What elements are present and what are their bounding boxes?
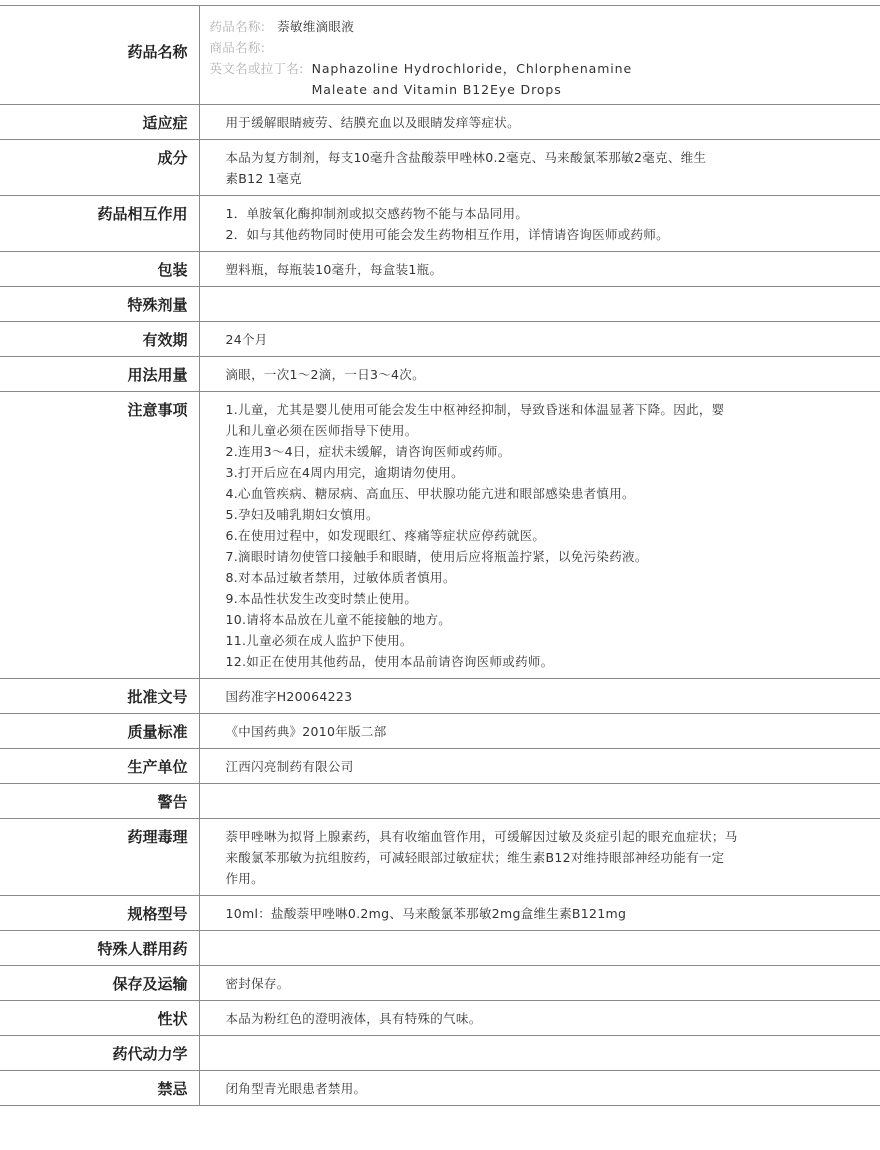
row-label: 质量标准 [0, 714, 199, 749]
row-label: 有效期 [0, 322, 199, 357]
row-label: 药理毒理 [0, 819, 199, 896]
spec-row: 特殊人群用药 [0, 931, 880, 966]
value-line: 2.连用3～4日，症状未缓解，请咨询医师或药师。 [226, 441, 871, 462]
value-line: 滴眼，一次1～2滴，一日3～4次。 [226, 364, 871, 385]
spec-row: 成分本品为复方制剂，每支10毫升含盐酸萘甲唑林0.2毫克、马来酸氯苯那敏2毫克、… [0, 140, 880, 196]
row-label: 保存及运输 [0, 966, 199, 1001]
row-value: 本品为复方制剂，每支10毫升含盐酸萘甲唑林0.2毫克、马来酸氯苯那敏2毫克、维生… [199, 140, 880, 196]
row-value [199, 784, 880, 819]
value-line: 12.如正在使用其他药品，使用本品前请咨询医师或药师。 [226, 651, 871, 672]
value-line: 24个月 [226, 329, 871, 350]
value-line: 素B12 1毫克 [226, 168, 871, 189]
value-line: 本品为粉红色的澄明液体，具有特殊的气味。 [226, 1008, 871, 1029]
row-label: 药品相互作用 [0, 196, 199, 252]
english-name-line-2: Maleate and Vitamin B12Eye Drops [312, 79, 632, 100]
value-line: 1.儿童，尤其是婴儿使用可能会发生中枢神经抑制，导致昏迷和体温显著下降。因此，婴 [226, 399, 871, 420]
value-line: 萘甲唑啉为拟肾上腺素药，具有收缩血管作用，可缓解因过敏及炎症引起的眼充血症状；马 [226, 826, 871, 847]
spec-row: 注意事项1.儿童，尤其是婴儿使用可能会发生中枢神经抑制，导致昏迷和体温显著下降。… [0, 392, 880, 679]
trade-name-key: 商品名称: [210, 37, 266, 58]
generic-name-key: 药品名称: [210, 16, 266, 37]
spec-row: 保存及运输密封保存。 [0, 966, 880, 1001]
row-value: 江西闪亮制药有限公司 [199, 749, 880, 784]
spec-row: 药理毒理萘甲唑啉为拟肾上腺素药，具有收缩血管作用，可缓解因过敏及炎症引起的眼充血… [0, 819, 880, 896]
spec-row: 药代动力学 [0, 1036, 880, 1071]
value-line: 1．单胺氧化酶抑制剂或拟交感药物不能与本品同用。 [226, 203, 871, 224]
row-label: 生产单位 [0, 749, 199, 784]
row-value: 1.儿童，尤其是婴儿使用可能会发生中枢神经抑制，导致昏迷和体温显著下降。因此，婴… [199, 392, 880, 679]
value-line: 《中国药典》2010年版二部 [226, 721, 871, 742]
spec-row: 适应症用于缓解眼睛疲劳、结膜充血以及眼睛发痒等症状。 [0, 105, 880, 140]
row-label: 性状 [0, 1001, 199, 1036]
spec-row: 质量标准《中国药典》2010年版二部 [0, 714, 880, 749]
spec-row: 用法用量滴眼，一次1～2滴，一日3～4次。 [0, 357, 880, 392]
row-label: 包装 [0, 252, 199, 287]
value-line: 5.孕妇及哺乳期妇女慎用。 [226, 504, 871, 525]
value-line: 密封保存。 [226, 973, 871, 994]
row-label: 警告 [0, 784, 199, 819]
spec-row: 药品相互作用1．单胺氧化酶抑制剂或拟交感药物不能与本品同用。2．如与其他药物同时… [0, 196, 880, 252]
english-name-line: 英文名或拉丁名: Naphazoline Hydrochloride，Chlor… [210, 58, 871, 100]
row-label: 用法用量 [0, 357, 199, 392]
empty-value [226, 294, 871, 314]
value-line: 11.儿童必须在成人监护下使用。 [226, 630, 871, 651]
value-line: 8.对本品过敏者禁用，过敏体质者慎用。 [226, 567, 871, 588]
row-label: 禁忌 [0, 1071, 199, 1106]
english-name-value: Naphazoline Hydrochloride，Chlorphenamine… [304, 58, 632, 100]
value-line: 江西闪亮制药有限公司 [226, 756, 871, 777]
value-line: 国药准字H20064223 [226, 686, 871, 707]
spec-row: 批准文号国药准字H20064223 [0, 679, 880, 714]
row-value: 24个月 [199, 322, 880, 357]
value-line: 儿和儿童必须在医师指导下使用。 [226, 420, 871, 441]
row-label: 规格型号 [0, 896, 199, 931]
drug-spec-table: 药品名称 药品名称: 萘敏维滴眼液 商品名称: 英文名或拉丁名: Naphazo… [0, 5, 880, 1106]
row-value: 滴眼，一次1～2滴，一日3～4次。 [199, 357, 880, 392]
value-line: 塑料瓶，每瓶装10毫升，每盒装1瓶。 [226, 259, 871, 280]
row-label: 成分 [0, 140, 199, 196]
row-value: 《中国药典》2010年版二部 [199, 714, 880, 749]
row-value: 闭角型青光眼患者禁用。 [199, 1071, 880, 1106]
value-line: 10.请将本品放在儿童不能接触的地方。 [226, 609, 871, 630]
row-value [199, 287, 880, 322]
value-line: 4.心血管疾病、糖尿病、高血压、甲状腺功能亢进和眼部感染患者慎用。 [226, 483, 871, 504]
value-line: 3.打开后应在4周内用完，逾期请勿使用。 [226, 462, 871, 483]
spec-row: 规格型号10ml：盐酸萘甲唑啉0.2mg、马来酸氯苯那敏2mg盒维生素B121m… [0, 896, 880, 931]
row-value: 10ml：盐酸萘甲唑啉0.2mg、马来酸氯苯那敏2mg盒维生素B121mg [199, 896, 880, 931]
english-name-line-1: Naphazoline Hydrochloride，Chlorphenamine [312, 58, 632, 79]
row-label: 特殊剂量 [0, 287, 199, 322]
empty-value [226, 1043, 871, 1063]
spec-row: 包装塑料瓶，每瓶装10毫升，每盒装1瓶。 [0, 252, 880, 287]
row-drug-name: 药品名称 药品名称: 萘敏维滴眼液 商品名称: 英文名或拉丁名: Naphazo… [0, 6, 880, 105]
value-line: 6.在使用过程中，如发现眼红、疼痛等症状应停药就医。 [226, 525, 871, 546]
row-label: 药代动力学 [0, 1036, 199, 1071]
value-line: 7.滴眼时请勿使管口接触手和眼睛，使用后应将瓶盖拧紧，以免污染药液。 [226, 546, 871, 567]
trade-name-value [265, 37, 269, 58]
spec-row: 性状本品为粉红色的澄明液体，具有特殊的气味。 [0, 1001, 880, 1036]
value-line: 用于缓解眼睛疲劳、结膜充血以及眼睛发痒等症状。 [226, 112, 871, 133]
row-label: 注意事项 [0, 392, 199, 679]
row-value: 塑料瓶，每瓶装10毫升，每盒装1瓶。 [199, 252, 880, 287]
spec-row: 禁忌闭角型青光眼患者禁用。 [0, 1071, 880, 1106]
spec-row: 警告 [0, 784, 880, 819]
row-label: 特殊人群用药 [0, 931, 199, 966]
value-line: 10ml：盐酸萘甲唑啉0.2mg、马来酸氯苯那敏2mg盒维生素B121mg [226, 903, 871, 924]
row-value [199, 1036, 880, 1071]
generic-name-line: 药品名称: 萘敏维滴眼液 [210, 16, 871, 37]
row-value: 国药准字H20064223 [199, 679, 880, 714]
row-value: 药品名称: 萘敏维滴眼液 商品名称: 英文名或拉丁名: Naphazoline … [199, 6, 880, 105]
row-value: 密封保存。 [199, 966, 880, 1001]
value-line: 9.本品性状发生改变时禁止使用。 [226, 588, 871, 609]
empty-value [226, 938, 871, 958]
row-label: 批准文号 [0, 679, 199, 714]
spec-row: 有效期24个月 [0, 322, 880, 357]
value-line: 作用。 [226, 868, 871, 889]
spec-row: 生产单位江西闪亮制药有限公司 [0, 749, 880, 784]
value-line: 本品为复方制剂，每支10毫升含盐酸萘甲唑林0.2毫克、马来酸氯苯那敏2毫克、维生 [226, 147, 871, 168]
generic-name-value: 萘敏维滴眼液 [265, 16, 354, 37]
row-value: 本品为粉红色的澄明液体，具有特殊的气味。 [199, 1001, 880, 1036]
row-value: 1．单胺氧化酶抑制剂或拟交感药物不能与本品同用。2．如与其他药物同时使用可能会发… [199, 196, 880, 252]
empty-value [226, 791, 871, 811]
row-label: 适应症 [0, 105, 199, 140]
trade-name-line: 商品名称: [210, 37, 871, 58]
row-label: 药品名称 [0, 6, 199, 105]
row-value: 萘甲唑啉为拟肾上腺素药，具有收缩血管作用，可缓解因过敏及炎症引起的眼充血症状；马… [199, 819, 880, 896]
row-value: 用于缓解眼睛疲劳、结膜充血以及眼睛发痒等症状。 [199, 105, 880, 140]
value-line: 2．如与其他药物同时使用可能会发生药物相互作用，详情请咨询医师或药师。 [226, 224, 871, 245]
spec-row: 特殊剂量 [0, 287, 880, 322]
english-name-key: 英文名或拉丁名: [210, 58, 304, 100]
value-line: 闭角型青光眼患者禁用。 [226, 1078, 871, 1099]
row-value [199, 931, 880, 966]
value-line: 来酸氯苯那敏为抗组胺药，可减轻眼部过敏症状；维生素B12对维持眼部神经功能有一定 [226, 847, 871, 868]
